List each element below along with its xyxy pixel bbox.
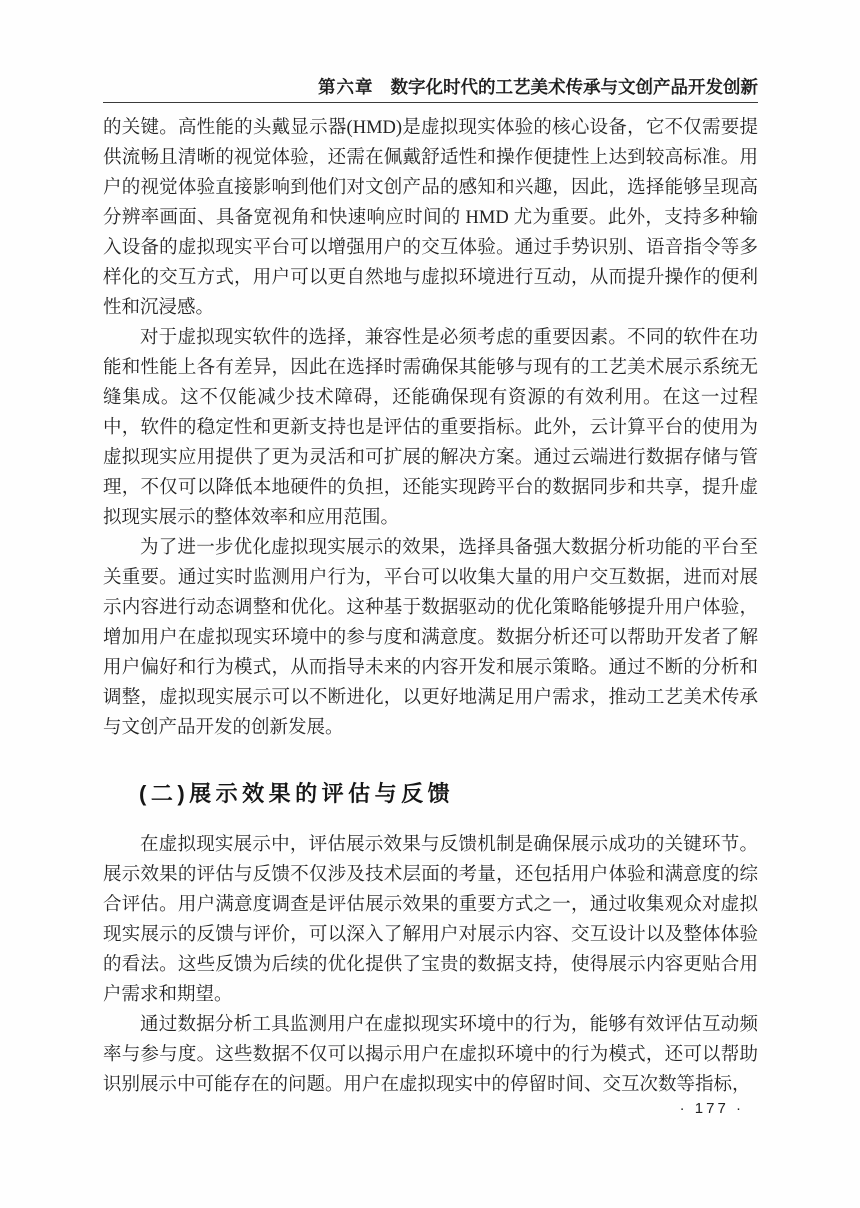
paragraph: 为了进一步优化虚拟现实展示的效果，选择具备强大数据分析功能的平台至关重要。通过实… xyxy=(103,533,758,743)
header-rule xyxy=(103,102,758,103)
running-header: 第六章数字化时代的工艺美术传承与文创产品开发创新 xyxy=(103,76,758,98)
book-page: 第六章数字化时代的工艺美术传承与文创产品开发创新 的关键。高性能的头戴显示器(H… xyxy=(0,0,860,1208)
paragraph: 通过数据分析工具监测用户在虚拟现实环境中的行为，能够有效评估互动频率与参与度。这… xyxy=(103,1010,758,1100)
paragraph: 在虚拟现实展示中，评估展示效果与反馈机制是确保展示成功的关键环节。展示效果的评估… xyxy=(103,830,758,1010)
section-heading: (二)展示效果的评估与反馈 xyxy=(103,779,758,809)
page-body: 的关键。高性能的头戴显示器(HMD)是虚拟现实体验的核心设备，它不仅需要提供流畅… xyxy=(103,113,758,1100)
chapter-label: 第六章 xyxy=(318,77,374,97)
chapter-title: 数字化时代的工艺美术传承与文创产品开发创新 xyxy=(391,77,759,97)
paragraph: 的关键。高性能的头戴显示器(HMD)是虚拟现实体验的核心设备，它不仅需要提供流畅… xyxy=(103,113,758,323)
paragraph: 对于虚拟现实软件的选择，兼容性是必须考虑的重要因素。不同的软件在功能和性能上各有… xyxy=(103,323,758,533)
page-number: · 177 · xyxy=(680,1100,744,1117)
